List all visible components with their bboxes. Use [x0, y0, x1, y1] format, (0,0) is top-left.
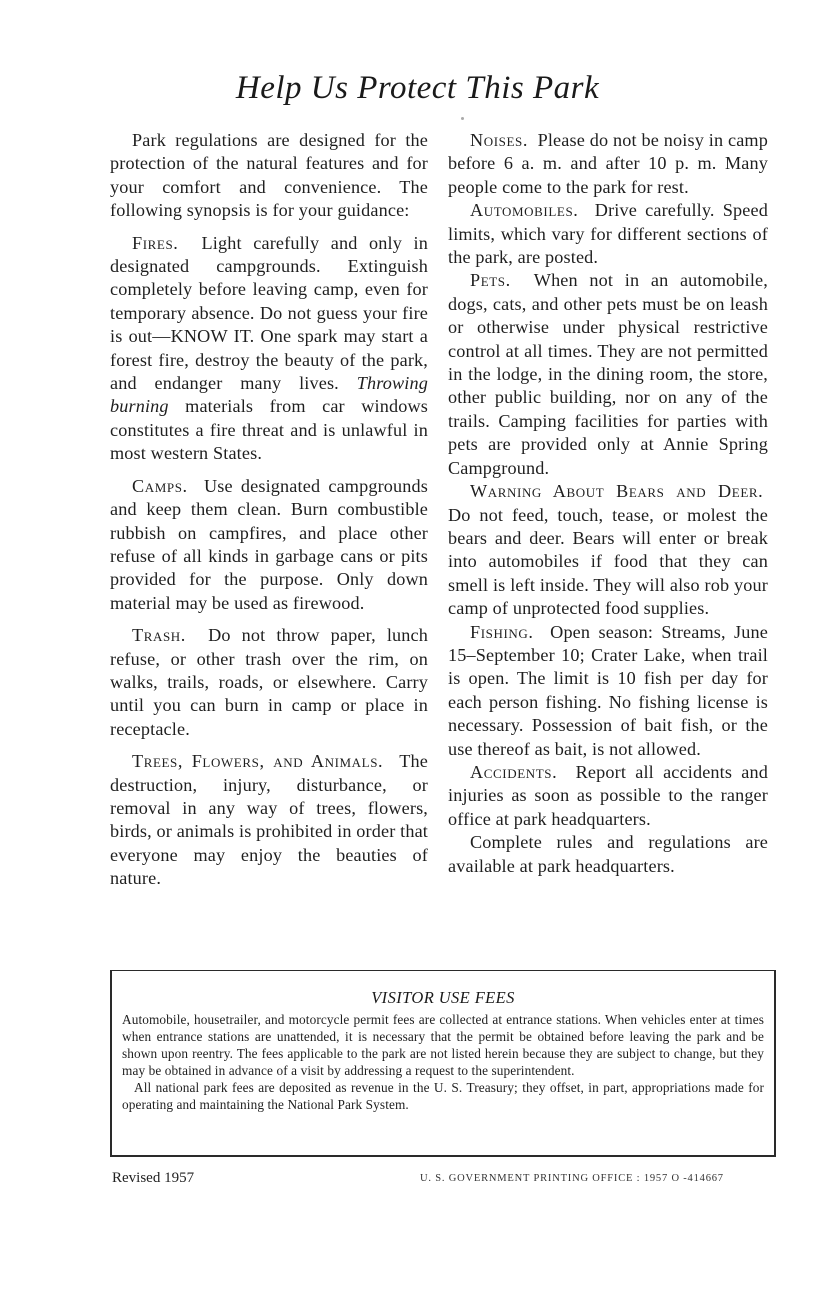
section-fishing: Fishing. Open season: Streams, June 15–S…: [448, 621, 768, 761]
section-body: Light carefully and only in designated c…: [110, 233, 428, 393]
page-title: Help Us Protect This Park: [0, 70, 835, 107]
section-body: The destruction, injury, disturbance, or…: [110, 751, 428, 888]
section-body: Do not feed, touch, tease, or molest the…: [448, 505, 768, 619]
section-heading: Trees, Flowers, and Animals.: [132, 751, 383, 771]
section-heading: Automobiles.: [470, 200, 578, 220]
section-heading: Fires.: [132, 233, 178, 253]
section-heading: Noises.: [470, 130, 528, 150]
section-noises: Noises. Please do not be noisy in camp b…: [448, 129, 768, 199]
section-body: Open season: Streams, June 15–September …: [448, 622, 768, 759]
visitor-fees-box: VISITOR USE FEES Automobile, housetraile…: [110, 970, 776, 1157]
closing-paragraph: Complete rules and regulations are avail…: [448, 831, 768, 878]
section-trees-flowers-animals: Trees, Flowers, and Animals. The destruc…: [110, 750, 428, 890]
section-body: Use designated campgrounds and keep them…: [110, 476, 428, 613]
section-heading: Trash.: [132, 625, 186, 645]
printer-imprint: U. S. GOVERNMENT PRINTING OFFICE : 1957 …: [420, 1173, 724, 1184]
fees-paragraph-1: Automobile, housetrailer, and motorcycle…: [122, 1011, 764, 1079]
section-trash: Trash. Do not throw paper, lunch refuse,…: [110, 624, 428, 741]
section-heading: Pets.: [470, 270, 511, 290]
right-column: Noises. Please do not be noisy in camp b…: [448, 129, 768, 878]
print-speck: [461, 117, 464, 120]
revised-date: Revised 1957: [112, 1170, 194, 1187]
section-bears-deer: Warning About Bears and Deer. Do not fee…: [448, 480, 768, 620]
left-column: Park regulations are designed for the pr…: [110, 129, 428, 900]
section-heading: Fishing.: [470, 622, 534, 642]
fees-title: VISITOR USE FEES: [122, 988, 764, 1008]
intro-paragraph: Park regulations are designed for the pr…: [110, 129, 428, 223]
section-accidents: Accidents. Report all accidents and inju…: [448, 761, 768, 831]
section-camps: Camps. Use designated campgrounds and ke…: [110, 475, 428, 615]
section-automobiles: Automobiles. Drive carefully. Speed limi…: [448, 199, 768, 269]
fees-paragraph-2: All national park fees are deposited as …: [122, 1079, 764, 1113]
section-heading: Accidents.: [470, 762, 557, 782]
section-heading: Camps.: [132, 476, 188, 496]
section-pets: Pets. When not in an automobile, dogs, c…: [448, 269, 768, 480]
section-body: When not in an automobile, dogs, cats, a…: [448, 270, 768, 477]
section-fires: Fires. Light carefully and only in desig…: [110, 232, 428, 466]
section-heading: Warning About Bears and Deer.: [470, 481, 763, 501]
